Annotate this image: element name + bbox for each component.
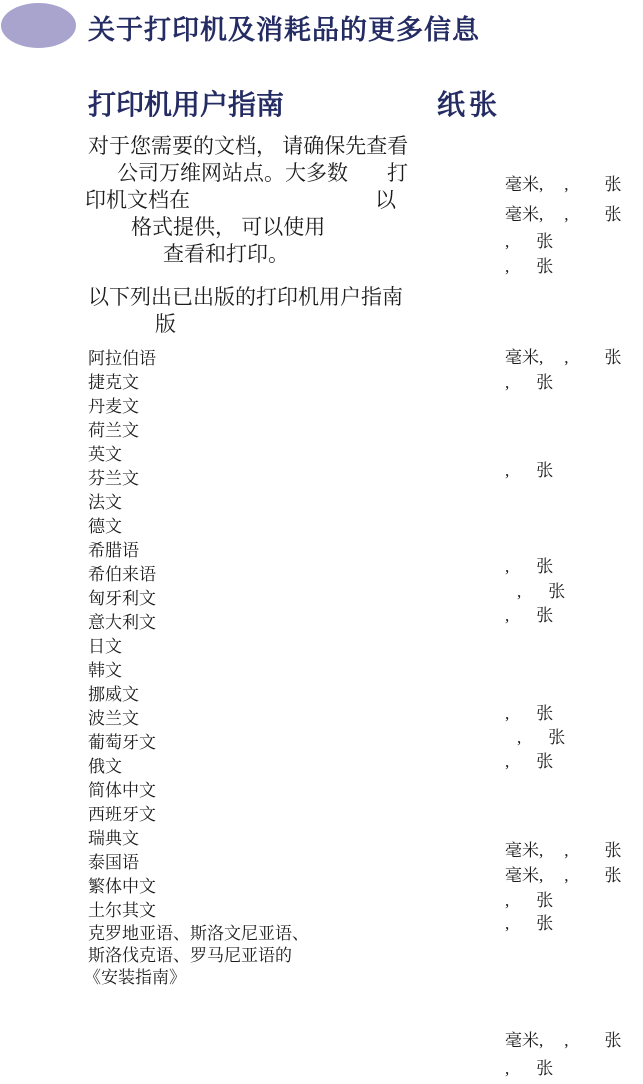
spec-comma: , bbox=[505, 373, 509, 392]
intro-line-3-text: 印机文档在 bbox=[85, 188, 190, 212]
language-list: 阿拉伯语捷克文丹麦文荷兰文英文芬兰文法文德文希腊语希伯来语匈牙利文意大利文日文韩… bbox=[88, 347, 309, 989]
spec-sheets: 张 bbox=[536, 914, 553, 933]
language-item: 土尔其文 bbox=[88, 899, 309, 923]
paper-spec-short-葡萄牙文: ,张 bbox=[517, 728, 565, 748]
paper-spec-short-希伯来语: ,张 bbox=[505, 557, 553, 577]
language-item: 泰国语 bbox=[88, 851, 309, 875]
spec-comma: , bbox=[564, 866, 568, 885]
spec-comma: , bbox=[564, 175, 568, 194]
spec-comma: , bbox=[505, 914, 509, 933]
paper-spec-short-繁体中文: ,张 bbox=[505, 891, 553, 911]
spec-sheets: 张 bbox=[536, 557, 553, 576]
spec-comma: , bbox=[564, 1031, 568, 1050]
paper-spec-short-捷克文: ,张 bbox=[505, 373, 553, 393]
section-heading-printer-guides: 打印机用户指南 bbox=[88, 83, 284, 123]
language-item: 德文 bbox=[88, 515, 309, 539]
intro-line-5: 查看和打印。 bbox=[88, 241, 408, 268]
intro-line-4: 格式提供， 可以使用 bbox=[88, 214, 408, 241]
paper-spec-short-波兰文: ,张 bbox=[505, 704, 553, 724]
paper-spec-full-top-1: 毫米,,张 bbox=[505, 175, 622, 195]
intro-line-3-tail: 以 bbox=[375, 188, 396, 212]
spec-sheets: 张 bbox=[536, 1059, 553, 1078]
paper-spec-full-泰国语: 毫米,,张 bbox=[505, 866, 622, 886]
spec-mm: 毫米, bbox=[505, 175, 543, 194]
language-item: 捷克文 bbox=[88, 371, 309, 395]
list-intro-paragraph: 以下列出已出版的打印机用户指南 版 bbox=[88, 284, 403, 338]
language-item: 芬兰文 bbox=[88, 467, 309, 491]
list-intro-line-1-text: 以下列出已出版的打印机用户指南 bbox=[88, 285, 403, 309]
paper-spec-short-bottom-2: ,张 bbox=[505, 1059, 553, 1079]
spec-mm: 毫米, bbox=[505, 1031, 543, 1050]
intro-line-1: 对于您需要的文档， 请确保先查看 bbox=[88, 133, 408, 160]
language-item: 克罗地亚语、斯洛文尼亚语、 bbox=[88, 923, 309, 945]
language-item: 俄文 bbox=[88, 755, 309, 779]
list-intro-line-2: 版 bbox=[88, 311, 403, 338]
spec-comma: , bbox=[505, 1059, 509, 1078]
spec-sheets: 张 bbox=[605, 1031, 622, 1050]
language-item: 法文 bbox=[88, 491, 309, 515]
language-item: 瑞典文 bbox=[88, 827, 309, 851]
spec-sheets: 张 bbox=[536, 704, 553, 723]
paper-spec-short-意大利文: ,张 bbox=[505, 606, 553, 626]
intro-line-4-text: 格式提供， 可以使用 bbox=[131, 215, 325, 239]
paper-spec-full-bottom-1: 毫米,,张 bbox=[505, 1031, 622, 1051]
intro-line-1-text: 对于您需要的文档， 请确保先查看 bbox=[88, 134, 408, 158]
section-heading-paper: 纸张 bbox=[437, 83, 501, 123]
spec-mm: 毫米, bbox=[505, 348, 543, 367]
spec-comma: , bbox=[564, 205, 568, 224]
spec-sheets: 张 bbox=[605, 175, 622, 194]
language-item: 西班牙文 bbox=[88, 803, 309, 827]
language-item: 《安装指南》 bbox=[84, 967, 309, 989]
language-item: 匈牙利文 bbox=[88, 587, 309, 611]
spec-comma: , bbox=[505, 461, 509, 480]
language-item: 丹麦文 bbox=[88, 395, 309, 419]
spec-sheets: 张 bbox=[605, 866, 622, 885]
spec-mm: 毫米, bbox=[505, 841, 543, 860]
paper-spec-short-top-3: ,张 bbox=[505, 232, 553, 252]
language-item: 意大利文 bbox=[88, 611, 309, 635]
language-item: 挪威文 bbox=[88, 683, 309, 707]
spec-comma: , bbox=[517, 582, 521, 601]
intro-line-2-tail: 打 bbox=[387, 161, 408, 185]
intro-paragraph: 对于您需要的文档， 请确保先查看 公司万维网站点。大多数打 印机文档在以 格式提… bbox=[88, 133, 408, 268]
language-item: 波兰文 bbox=[88, 707, 309, 731]
intro-line-2-text: 公司万维网站点。大多数 bbox=[117, 161, 348, 185]
spec-comma: , bbox=[505, 606, 509, 625]
chapter-bullet-ellipse bbox=[1, 3, 76, 48]
spec-comma: , bbox=[505, 891, 509, 910]
spec-comma: , bbox=[505, 232, 509, 251]
list-intro-line-1: 以下列出已出版的打印机用户指南 bbox=[88, 284, 403, 311]
spec-comma: , bbox=[564, 841, 568, 860]
language-item: 日文 bbox=[88, 635, 309, 659]
spec-sheets: 张 bbox=[536, 752, 553, 771]
language-item: 韩文 bbox=[88, 659, 309, 683]
spec-sheets: 张 bbox=[548, 582, 565, 601]
spec-sheets: 张 bbox=[536, 461, 553, 480]
spec-sheets: 张 bbox=[536, 232, 553, 251]
language-item: 葡萄牙文 bbox=[88, 731, 309, 755]
spec-sheets: 张 bbox=[605, 841, 622, 860]
page-title: 关于打印机及消耗品的更多信息 bbox=[88, 8, 480, 47]
spec-sheets: 张 bbox=[536, 373, 553, 392]
paper-spec-full-瑞典文: 毫米,,张 bbox=[505, 841, 622, 861]
spec-comma: , bbox=[517, 728, 521, 747]
paper-spec-full-阿拉伯语: 毫米,,张 bbox=[505, 348, 622, 368]
spec-sheets: 张 bbox=[605, 348, 622, 367]
spec-comma: , bbox=[564, 348, 568, 367]
spec-sheets: 张 bbox=[536, 891, 553, 910]
spec-comma: , bbox=[505, 752, 509, 771]
paper-spec-short-俄文: ,张 bbox=[505, 752, 553, 772]
paper-spec-full-top-2: 毫米,,张 bbox=[505, 205, 622, 225]
spec-comma: , bbox=[505, 557, 509, 576]
spec-comma: , bbox=[505, 257, 509, 276]
spec-sheets: 张 bbox=[536, 606, 553, 625]
spec-sheets: 张 bbox=[605, 205, 622, 224]
list-intro-line-2-text: 版 bbox=[155, 312, 176, 336]
language-item: 繁体中文 bbox=[88, 875, 309, 899]
spec-sheets: 张 bbox=[548, 728, 565, 747]
spec-mm: 毫米, bbox=[505, 866, 543, 885]
intro-line-3: 印机文档在以 bbox=[88, 187, 408, 214]
paper-spec-short-top-4: ,张 bbox=[505, 257, 553, 277]
language-item: 斯洛伐克语、罗马尼亚语的 bbox=[88, 945, 309, 967]
spec-comma: , bbox=[505, 704, 509, 723]
language-item: 希伯来语 bbox=[88, 563, 309, 587]
language-item: 阿拉伯语 bbox=[88, 347, 309, 371]
language-item: 简体中文 bbox=[88, 779, 309, 803]
spec-sheets: 张 bbox=[536, 257, 553, 276]
intro-line-2: 公司万维网站点。大多数打 bbox=[88, 160, 408, 187]
intro-line-5-text: 查看和打印。 bbox=[163, 242, 289, 266]
document-page: 关于打印机及消耗品的更多信息 打印机用户指南 纸张 对于您需要的文档， 请确保先… bbox=[0, 0, 643, 1084]
paper-spec-short-芬兰文: ,张 bbox=[505, 461, 553, 481]
paper-spec-short-匈牙利文: ,张 bbox=[517, 582, 565, 602]
language-item: 荷兰文 bbox=[88, 419, 309, 443]
language-item: 希腊语 bbox=[88, 539, 309, 563]
language-item: 英文 bbox=[88, 443, 309, 467]
paper-spec-short-土尔其文: ,张 bbox=[505, 914, 553, 934]
spec-mm: 毫米, bbox=[505, 205, 543, 224]
